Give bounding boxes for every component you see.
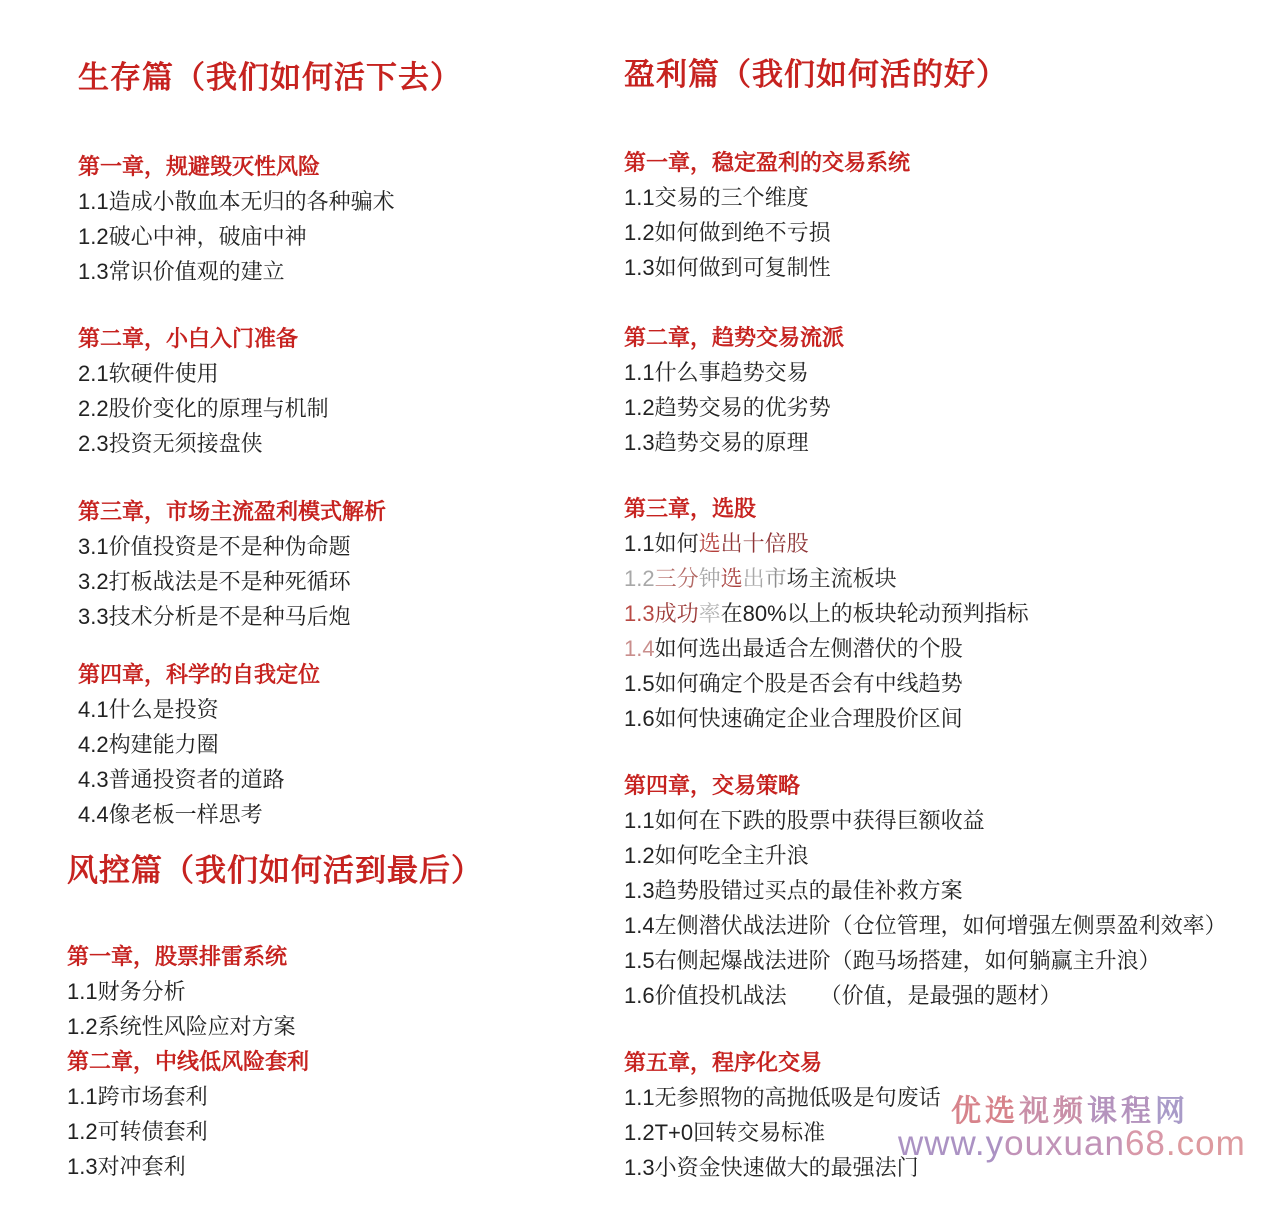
outline-item: 1.2如何吃全主升浪 (624, 838, 1274, 873)
chapter: 第四章，科学的自我定位4.1什么是投资4.2构建能力圈4.3普通投资者的道路4.… (78, 657, 620, 832)
outline-item: 2.3投资无须接盘侠 (78, 426, 620, 461)
watermark-site-url: www.youxuan68.com (898, 1124, 1246, 1164)
outline-item: 4.1什么是投资 (78, 692, 620, 727)
chapter: 第四章，交易策略1.1如何在下跌的股票中获得巨额收益1.2如何吃全主升浪1.3趋… (624, 768, 1274, 1013)
outline-item: 1.3如何做到可复制性 (624, 250, 1274, 285)
outline-item: 1.1如何选出十倍股 (624, 526, 1274, 561)
outline-item: 1.2趋势交易的优劣势 (624, 390, 1274, 425)
outline-item: 1.1交易的三个维度 (624, 180, 1274, 215)
chapter: 第一章，规避毁灭性风险1.1造成小散血本无归的各种骗术1.2破心中神，破庙中神1… (78, 149, 620, 289)
text-segment: 出 (743, 566, 765, 591)
outline-item: 1.5右侧起爆战法进阶（跑马场搭建，如何躺赢主升浪） (624, 943, 1274, 978)
outline-item: 3.3技术分析是不是种马后炮 (78, 599, 620, 634)
text-segment: 出十倍股 (721, 531, 809, 556)
chapter-title: 第五章，程序化交易 (624, 1045, 1274, 1080)
text-segment: 如何选出最适合左侧潜伏的个股 (655, 636, 963, 661)
text-segment: .com (1166, 1124, 1246, 1163)
chapter-title: 第三章，市场主流盈利模式解析 (78, 494, 620, 529)
outline-item: 1.1跨市场套利 (67, 1079, 620, 1114)
outline-item: 1.2如何做到绝不亏损 (624, 215, 1274, 250)
chapter: 第三章，选股1.1如何选出十倍股1.2三分钟选出市场主流板块1.3成功率在80%… (624, 491, 1274, 736)
text-segment: 成功 (655, 601, 699, 626)
outline-item: 1.1财务分析 (67, 974, 620, 1009)
text-segment: 场主流板块 (787, 566, 897, 591)
text-segment: 选 (721, 566, 743, 591)
chapter: 第一章，稳定盈利的交易系统1.1交易的三个维度1.2如何做到绝不亏损1.3如何做… (624, 145, 1274, 285)
part-title: 风控篇（我们如何活到最后） (67, 854, 620, 888)
column-left: 生存篇（我们如何活下去）第一章，规避毁灭性风险1.1造成小散血本无归的各种骗术1… (78, 0, 620, 1184)
outline-item: 1.3成功率在80%以上的板块轮动预判指标 (624, 596, 1274, 631)
part-title: 盈利篇（我们如何活的好） (624, 58, 1274, 92)
course-outline-page: 生存篇（我们如何活下去）第一章，规避毁灭性风险1.1造成小散血本无归的各种骗术1… (0, 0, 1275, 1227)
outline-item: 4.4像老板一样思考 (78, 797, 620, 832)
part-title: 生存篇（我们如何活下去） (78, 61, 620, 95)
text-segment: 1.1如何 (624, 531, 699, 556)
text-segment: 1.2 (624, 566, 655, 591)
outline-item: 3.2打板战法是不是种死循环 (78, 564, 620, 599)
text-segment: 68 (1125, 1124, 1166, 1163)
outline-item: 1.4左侧潜伏战法进阶（仓位管理，如何增强左侧票盈利效率） (624, 908, 1274, 943)
text-segment: 三分 (655, 566, 699, 591)
chapter-title: 第一章，规避毁灭性风险 (78, 149, 620, 184)
text-segment: 1.4 (624, 636, 655, 661)
outline-item: 2.1软硬件使用 (78, 356, 620, 391)
outline-item: 1.4如何选出最适合左侧潜伏的个股 (624, 631, 1274, 666)
outline-item: 1.1如何在下跌的股票中获得巨额收益 (624, 803, 1274, 838)
outline-item: 1.1什么事趋势交易 (624, 355, 1274, 390)
chapter-title: 第一章，稳定盈利的交易系统 (624, 145, 1274, 180)
chapter: 第二章，中线低风险套利1.1跨市场套利1.2可转债套利1.3对冲套利 (67, 1044, 620, 1184)
outline-item: 1.3趋势交易的原理 (624, 425, 1274, 460)
chapter-title: 第四章，科学的自我定位 (78, 657, 620, 692)
outline-item: 4.2构建能力圈 (78, 727, 620, 762)
text-segment: 市 (765, 566, 787, 591)
chapter-title: 第二章，小白入门准备 (78, 321, 620, 356)
chapter-title: 第一章，股票排雷系统 (67, 939, 620, 974)
outline-item: 1.2系统性风险应对方案 (67, 1009, 620, 1044)
outline-item: 1.2可转债套利 (67, 1114, 620, 1149)
chapter: 第二章，趋势交易流派1.1什么事趋势交易1.2趋势交易的优劣势1.3趋势交易的原… (624, 320, 1274, 460)
text-segment: 选 (699, 531, 721, 556)
outline-item: 1.6如何快速确定企业合理股价区间 (624, 701, 1274, 736)
text-segment: ouxuan (1004, 1124, 1125, 1163)
text-segment: 钟 (699, 566, 721, 591)
chapter-title: 第二章，趋势交易流派 (624, 320, 1274, 355)
outline-item: 4.3普通投资者的道路 (78, 762, 620, 797)
outline-item: 1.3趋势股错过买点的最佳补救方案 (624, 873, 1274, 908)
chapter: 第一章，股票排雷系统1.1财务分析1.2系统性风险应对方案 (67, 939, 620, 1044)
column-right: 盈利篇（我们如何活的好）第一章，稳定盈利的交易系统1.1交易的三个维度1.2如何… (624, 0, 1274, 1185)
chapter-title: 第四章，交易策略 (624, 768, 1274, 803)
chapter-title: 第三章，选股 (624, 491, 1274, 526)
outline-item: 1.2破心中神，破庙中神 (78, 219, 620, 254)
outline-item: 1.1造成小散血本无归的各种骗术 (78, 184, 620, 219)
chapter-title: 第二章，中线低风险套利 (67, 1044, 620, 1079)
outline-item: 1.2三分钟选出市场主流板块 (624, 561, 1274, 596)
text-segment: 率 (699, 601, 721, 626)
outline-item: 1.3常识价值观的建立 (78, 254, 620, 289)
outline-item: 1.6价值投机战法 （价值，是最强的题材） (624, 978, 1274, 1013)
text-segment: www.y (898, 1124, 1004, 1163)
outline-item: 1.5如何确定个股是否会有中线趋势 (624, 666, 1274, 701)
chapter: 第三章，市场主流盈利模式解析3.1价值投资是不是种伪命题3.2打板战法是不是种死… (78, 494, 620, 634)
outline-item: 3.1价值投资是不是种伪命题 (78, 529, 620, 564)
chapter: 第二章，小白入门准备2.1软硬件使用2.2股价变化的原理与机制2.3投资无须接盘… (78, 321, 620, 461)
outline-item: 1.3对冲套利 (67, 1149, 620, 1184)
outline-item: 2.2股价变化的原理与机制 (78, 391, 620, 426)
text-segment: 在80%以上的板块轮动预判指标 (721, 601, 1029, 626)
text-segment: 1.3 (624, 601, 655, 626)
